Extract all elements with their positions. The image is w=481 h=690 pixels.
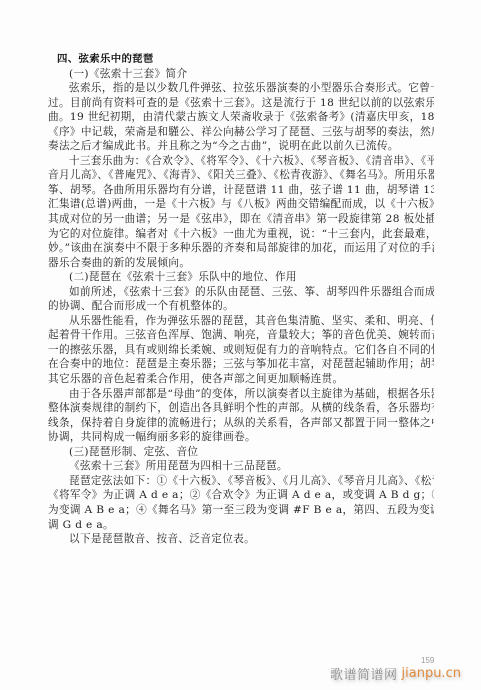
text-line: 琵琶定弦法如下：①《十六板》、《琴音板》、《月儿高》、《琴音月儿高》、《松青夜游…	[48, 474, 434, 489]
text-line: 以下是琵琶散音、按音、泛音定位表。	[48, 532, 434, 547]
text-line: 音月儿高》、《普庵咒》、《海青》、《阳关三叠》、《松青夜游》、《舞名马》。所用乐…	[48, 168, 434, 183]
text-line: 奏法之后才编成此书。并且称之为“今之古曲”，说明在此以前久已流传。	[48, 139, 434, 154]
text-line: 协调，共同构成一幅绚丽多彩的旋律画卷。	[48, 430, 434, 445]
text-line: 筝、胡琴。各曲所用乐器均有分谱，计琵琶谱 11 曲，弦子谱 11 曲，胡琴谱 1…	[48, 183, 434, 198]
text-line: 如前所述，《弦索十三套》的乐队由琵琶、三弦、筝、胡琴四件乐器组合而成。正是由这四…	[48, 285, 434, 300]
text-body: 四、弦索乐中的琵琶 (一)《弦索十三套》简介弦索乐，指的是以少数几件弹弦、拉弦乐…	[48, 52, 434, 547]
text-line: 器乐合奏曲的新的发展倾向。	[48, 256, 434, 271]
text-line: 《将军令》为正调 A d e a；②《合欢令》为正调 A d e a，或变调 A…	[48, 488, 434, 503]
subsection-heading: (二)琵琶在《弦索十三套》乐队中的地位、作用	[48, 270, 434, 285]
text-line: 汇集谱(总谱)两曲，一是《十六板》与《八板》两曲交错编配而成，以《十六板》为主旋…	[48, 197, 434, 212]
text-line: 为它的对位旋律。编者对《十六板》一曲尤为重视，说：“十三套内，此套最难，皆因字音…	[48, 227, 434, 242]
subsection-heading: (三)琵琶形制、定弦、音位	[48, 445, 434, 460]
text-line: 起着骨干作用。三弦音色浑厚、饱满、响亮，音量较大；筝的音色优美、婉转而音量较小。…	[48, 328, 434, 343]
text-line: 曲。19 世纪初期，由清代蒙古族文人荣斋收录于《弦索备考》(清嘉庆甲亥，1814…	[48, 110, 434, 125]
text-line: 整体演奏规律的制约下，创造出各具鲜明个性的声部。从横的线条看，各乐器均有相对独立…	[48, 401, 434, 416]
watermark-domain-text: jianpu.cn	[402, 666, 461, 681]
text-line: 为变调 A B e a；④《舞名马》第一至三段为变调 #F B e a，第四、五…	[48, 503, 434, 518]
text-line: 过。目前尚有资料可查的是《弦索十三套》。这是流行于 18 世纪以前的以弦索乐器来…	[48, 96, 434, 111]
text-line: 《弦索十三套》所用琵琶为四相十三品琵琶。	[48, 459, 434, 474]
text-line: 在合奏中的地位：琵琶是主奏乐器；三弦与筝加花丰富，对琵琶起辅助作用；胡琴旋律线条…	[48, 357, 434, 372]
text-line: 调 G d e a。	[48, 518, 434, 533]
watermark-chinese-text: 歌谱简谱网	[330, 664, 398, 683]
site-watermark: 歌谱简谱网 jianpu.cn	[330, 663, 461, 683]
text-line: 的协调、配合而形成一个有机整体的。	[48, 299, 434, 314]
text-line: 《序》中记载，荣斋是和騹公、祥公向赫公学习了琵琶、三弦与胡琴的奏法，然后又向福公…	[48, 125, 434, 140]
document-page: 四、弦索乐中的琵琶 (一)《弦索十三套》简介弦索乐，指的是以少数几件弹弦、拉弦乐…	[0, 0, 481, 690]
text-line: 十三套乐曲为：《合欢令》、《将军令》、《十六板》、《琴音板》、《清音串》、《平韵…	[48, 154, 434, 169]
text-line: 线条，保持着自身旋律的流畅进行；从纵的关系看，各声部又都置于同一整体之中，互相配…	[48, 416, 434, 431]
text-line: 一的擦弦乐器，具有或则绵长柔婉、或则短促有力的音响特点。它们各自不同的性能又决定…	[48, 343, 434, 358]
text-line: 妙。”该曲在演奏中不限于多种乐器的齐奏和局部旋律的加花，而运用了对位的手法，标志…	[48, 241, 434, 256]
text-line: 其它乐器的音色起着柔合作用，使各声部之间更加顺畅连贯。	[48, 372, 434, 387]
section-title: 四、弦索乐中的琵琶	[48, 52, 434, 67]
text-line: 其成对位的另一曲谱；另一是《弦串》，即在《清音串》第一段旋律第 28 板处插入另…	[48, 212, 434, 227]
text-line: 从乐器性能看，作为弹弦乐器的琵琶，其音色集清脆、坚实、柔和、明亮、低沉于一身，音…	[48, 314, 434, 329]
subsection-heading: (一)《弦索十三套》简介	[48, 67, 434, 82]
text-line: 弦索乐，指的是以少数几件弹弦、拉弦乐器演奏的小型器乐合奏形式。它曾一度在民间流行	[48, 81, 434, 96]
text-line: 由于各乐器声部都是“母曲”的变体，所以演奏者以主旋律为基础，根据各乐器的不同性能…	[48, 387, 434, 402]
